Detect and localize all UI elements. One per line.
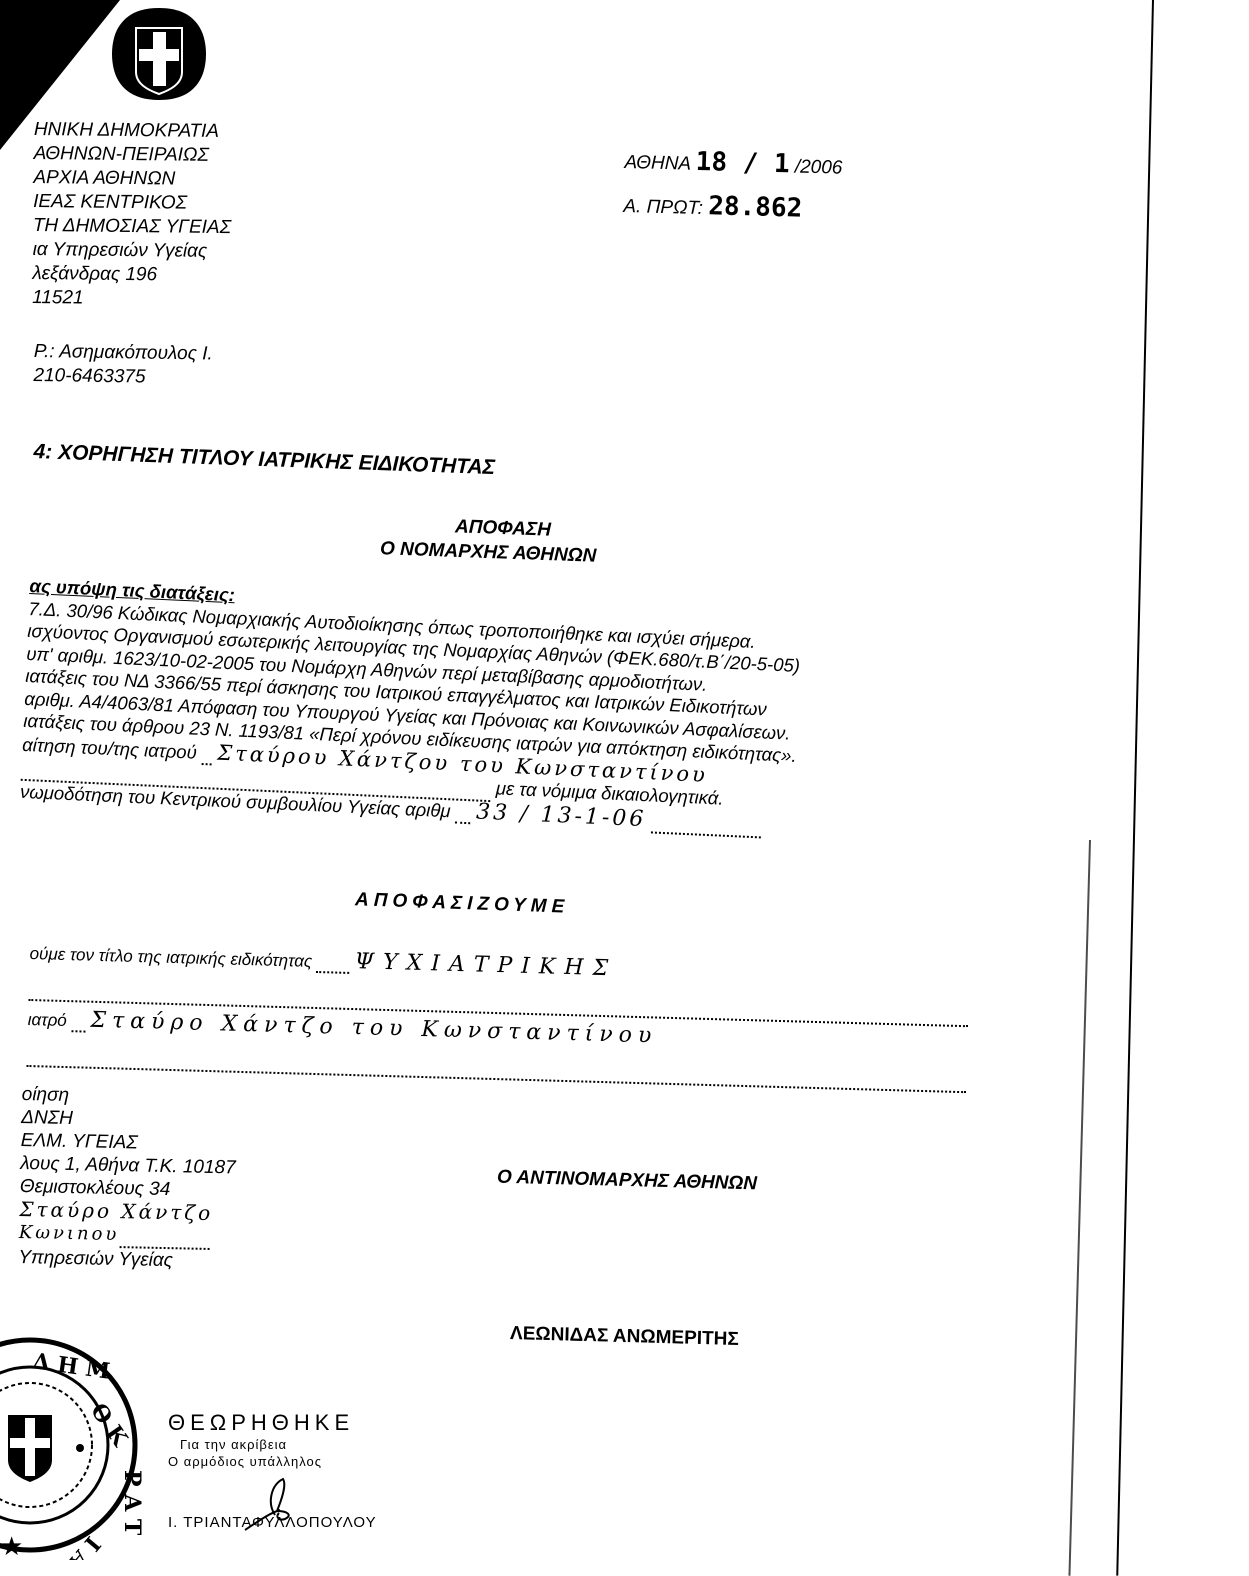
svg-text:Δ Η Μ: Δ Η Μ	[31, 1348, 111, 1385]
svg-text:★: ★	[0, 1532, 23, 1560]
contact-phone: 210-6463375	[33, 364, 212, 390]
signatory-name: ΛΕΩΝΙΔΑΣ ΑΝΩΜΕΡΙΤΗΣ	[510, 1323, 739, 1351]
header-line: ια Υπηρεσιών Υγείας	[32, 238, 230, 264]
signature-icon	[235, 1475, 305, 1535]
certified-heading: ΘΕΩΡΗΘΗΚΕ	[168, 1410, 377, 1436]
we-decide-heading: ΑΠΟΦΑΣΙΖΟΥΜΕ	[355, 889, 570, 918]
header-line: ΑΡΧΙΑ ΑΘΗΝΩΝ	[33, 166, 231, 192]
specialty-handwritten: ΨΥΧΙΑΤΡΙΚΗΣ	[354, 949, 617, 981]
header-line: λεξάνδρας 196	[32, 262, 230, 288]
subject-line: 4: ΧΟΡΗΓΗΣΗ ΤΙΤΛΟΥ ΙΑΤΡΙΚΗΣ ΕΙΔΙΚΟΤΗΤΑΣ	[33, 440, 495, 480]
prefect-title: Ο ΝΟΜΑΡΧΗΣ ΑΘΗΝΩΝ	[380, 538, 597, 568]
decision-title: ΑΠΟΦΑΣΗ	[455, 516, 552, 541]
city-label: ΑΘΗΝΑ	[624, 152, 690, 175]
certified-line-1: Για την ακρίβεια	[180, 1436, 377, 1453]
protocol-label: Α. ΠΡΩΤ:	[623, 196, 703, 219]
doctor-label: ιατρό	[28, 1010, 68, 1030]
official-stamp-icon: Δ Η Μ Ο Κ Ρ Α Τ Ι Α ★	[0, 1330, 160, 1560]
certified-line-2: Ο αρμόδιος υπάλληλος	[168, 1453, 377, 1470]
grant-section: ούμε τον τίτλο της ιατρικής ειδικότητας …	[26, 940, 979, 1098]
recipient-line: Υπηρεσιών Υγείας	[18, 1246, 234, 1274]
header-line: ΤΗ ΔΗΜΟΣΙΑΣ ΥΓΕΙΑΣ	[33, 214, 231, 240]
grant-title-label: ούμε τον τίτλο της ιατρικής ειδικότητας	[29, 944, 312, 971]
protocol-number: 28.862	[708, 191, 803, 223]
date-protocol-block: ΑΘΗΝΑ 18 / 1 /2006 Α. ΠΡΩΤ: 28.862	[623, 145, 843, 225]
recipients-block: οίηση ΔΝΣΗ ΕΛΜ. ΥΓΕΙΑΣ λους 1, Αθήνα Τ.Κ…	[18, 1083, 237, 1273]
deputy-prefect-title: Ο ΑΝΤΙΝΟΜΑΡΧΗΣ ΑΘΗΝΩΝ	[497, 1167, 757, 1196]
header-line: ΗΝΙΚΗ ΔΗΜΟΚΡΑΤΙΑ	[34, 118, 232, 144]
contact-person: Ρ.: Ασημακόπουλος Ι.	[34, 340, 213, 366]
legal-basis-section: ας υπόψη τις διατάξεις: 7.Δ. 30/96 Κώδικ…	[20, 575, 804, 840]
contact-info: Ρ.: Ασημακόπουλος Ι. 210-6463375	[33, 340, 213, 390]
scan-edge-line	[1068, 840, 1090, 1576]
svg-text:Ι Α: Ι Α	[62, 1531, 105, 1560]
recipient-handwritten: Κωνιnου	[19, 1222, 120, 1245]
header-line: ΑΘΗΝΩΝ-ΠΕΙΡΑΙΩΣ	[33, 142, 231, 168]
date-year: /2006	[795, 156, 843, 178]
issuer-header: ΗΝΙΚΗ ΔΗΜΟΚΡΑΤΙΑ ΑΘΗΝΩΝ-ΠΕΙΡΑΙΩΣ ΑΡΧΙΑ Α…	[32, 118, 232, 312]
date-handwritten: 18 / 1	[695, 147, 790, 179]
svg-text:Ρ Α Τ: Ρ Α Τ	[119, 1470, 145, 1536]
header-line: 11521	[32, 286, 230, 312]
header-line: ΙΕΑΣ ΚΕΝΤΡΙΚΟΣ	[33, 190, 231, 216]
greek-coat-of-arms-icon	[108, 6, 210, 102]
scan-edge-line	[1116, 0, 1153, 1576]
